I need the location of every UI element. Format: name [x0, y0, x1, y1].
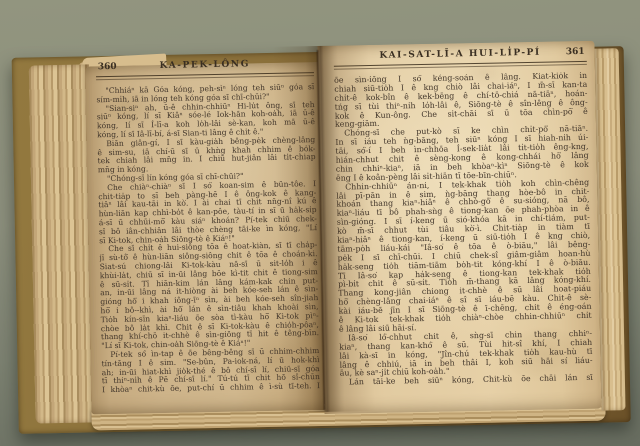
left-page-text: "Chhiáⁿ kā Góa kóng, peh-sìⁿ lóng teh si…: [96, 83, 320, 395]
open-book: 360 KA-PEK-LÔNG "Chhiáⁿ kā Góa kóng, peh…: [0, 0, 640, 446]
left-page-number: 360: [98, 62, 117, 72]
right-page-text: ōe sìn-iōng I só͘ kéng-soán ê lâng. Kiat…: [334, 72, 593, 388]
photo-background: 360 KA-PEK-LÔNG "Chhiáⁿ kā Góa kóng, peh…: [0, 0, 640, 446]
left-page-content: 360 KA-PEK-LÔNG "Chhiáⁿ kā Góa kóng, peh…: [96, 58, 320, 395]
right-page-number: 361: [566, 47, 585, 57]
right-page-content: KAI-SAT-LĪ-A HUI-LI̍P-PÍ 361 ōe sìn-iōng…: [334, 47, 593, 388]
